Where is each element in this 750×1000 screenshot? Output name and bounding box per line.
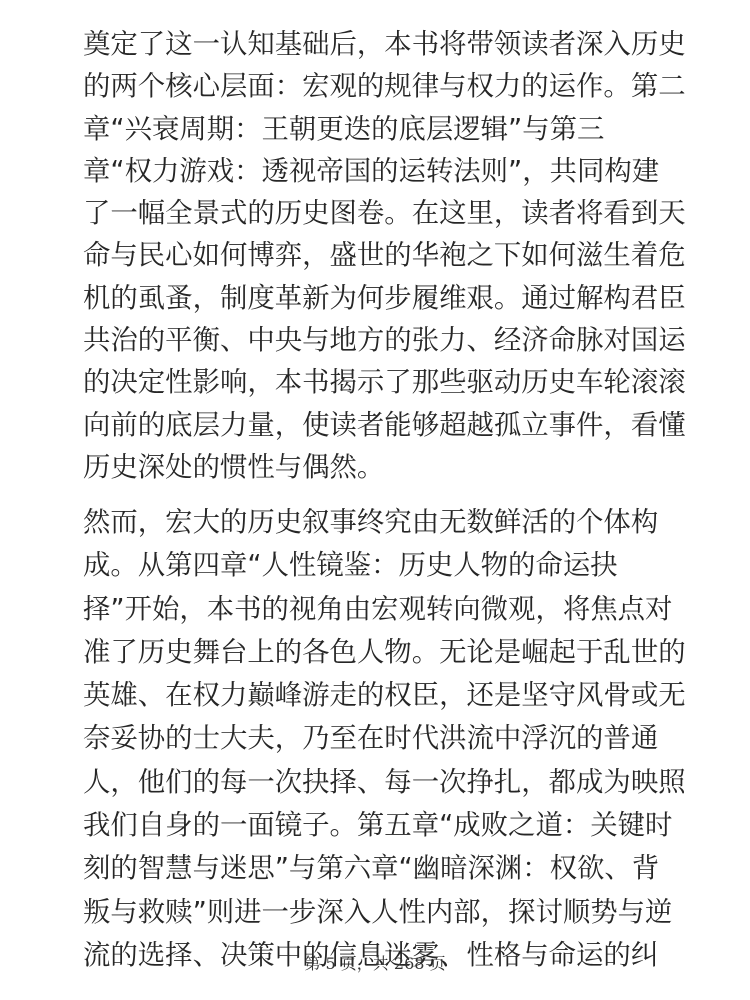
text-line: 英雄、在权力巅峰游走的权臣，还是坚守风骨或无	[83, 674, 683, 717]
text-line: 择”开始，本书的视角由宏观转向微观，将焦点对	[83, 588, 683, 631]
text-line: 人，他们的每一次抉择、每一次挣扎，都成为映照	[83, 761, 683, 804]
text-line: 然而，宏大的历史叙事终究由无数鲜活的个体构	[83, 501, 683, 544]
text-line: 章“兴衰周期：王朝更迭的底层逻辑”与第三	[83, 109, 683, 151]
text-line: 刻的智慧与迷思”与第六章“幽暗深渊：权欲、背	[83, 847, 683, 890]
text-line: 的两个核心层面：宏观的规律与权力的运作。第二	[83, 66, 683, 108]
text-line: 准了历史舞台上的各色人物。无论是崛起于乱世的	[83, 631, 683, 674]
text-line: 共治的平衡、中央与地方的张力、经济命脉对国运	[83, 320, 683, 362]
text-line: 向前的底层力量，使读者能够超越孤立事件，看懂	[83, 405, 683, 447]
text-line: 奈妥协的士大夫，乃至在时代洪流中浮沉的普通	[83, 717, 683, 760]
text-line: 的决定性影响，本书揭示了那些驱动历史车轮滚滚	[83, 362, 683, 404]
text-line: 章“权力游戏：透视帝国的运转法则”，共同构建	[83, 151, 683, 193]
text-line: 叛与救赎”则进一步深入人性内部，探讨顺势与逆	[83, 891, 683, 934]
text-line: 命与民心如何博弈，盛世的华袍之下如何滋生着危	[83, 235, 683, 277]
document-page: 奠定了这一认知基础后，本书将带领读者深入历史 的两个核心层面：宏观的规律与权力的…	[0, 0, 750, 1000]
page-indicator: 第 5 页，共 268 页	[0, 951, 750, 974]
paragraph-2: 然而，宏大的历史叙事终究由无数鲜活的个体构 成。从第四章“人性镜鉴：历史人物的命…	[83, 501, 683, 977]
text-line: 历史深处的惯性与偶然。	[83, 447, 683, 489]
text-line: 机的虱蚤，制度革新为何步履维艰。通过解构君臣	[83, 278, 683, 320]
text-line: 我们自身的一面镜子。第五章“成败之道：关键时	[83, 804, 683, 847]
text-line: 奠定了这一认知基础后，本书将带领读者深入历史	[83, 24, 683, 66]
text-line: 成。从第四章“人性镜鉴：历史人物的命运抉	[83, 544, 683, 587]
paragraph-1: 奠定了这一认知基础后，本书将带领读者深入历史 的两个核心层面：宏观的规律与权力的…	[83, 24, 683, 489]
text-line: 了一幅全景式的历史图卷。在这里，读者将看到天	[83, 193, 683, 235]
